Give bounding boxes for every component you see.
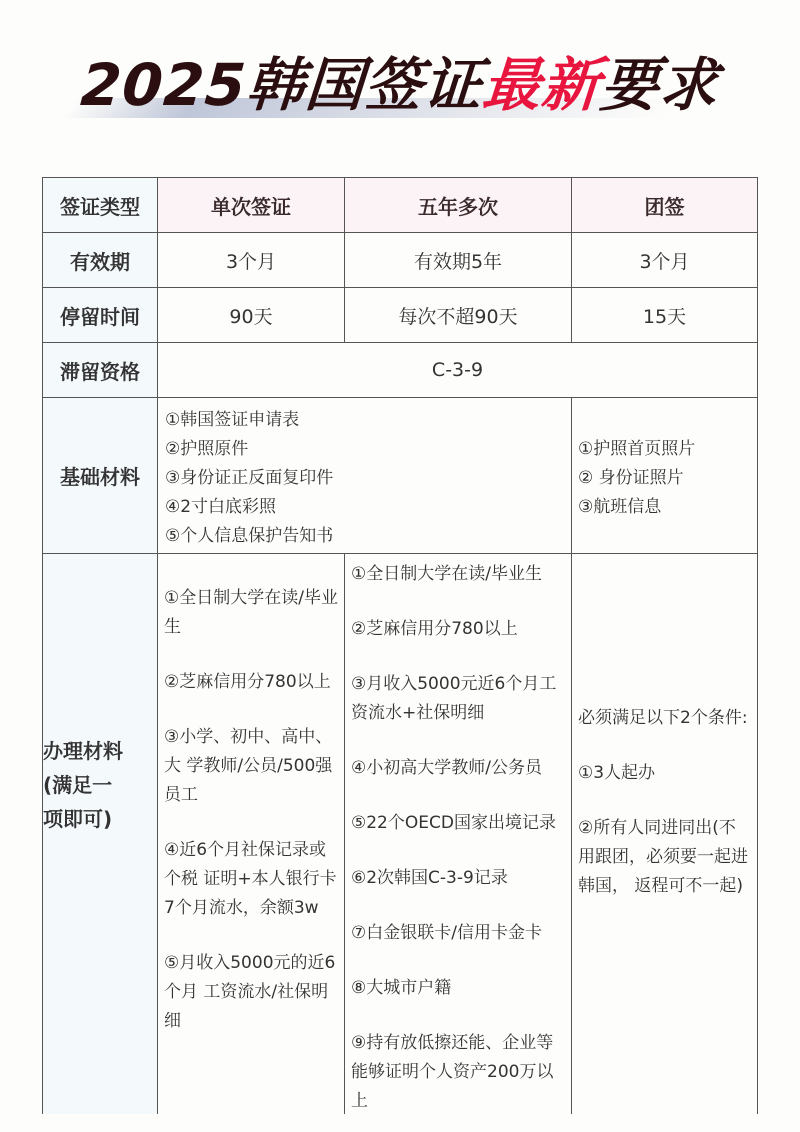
- list-item: ④2寸白底彩照: [165, 493, 276, 522]
- visa-comparison-table: 签证类型 单次签证 五年多次 团签 有效期 3个月 有效期5年 3个月 停留时间…: [42, 177, 758, 1114]
- list-item: ⑨持有放低擦还能、企业等能够证明个人资产200万以上: [351, 1029, 567, 1116]
- row-label-visa-type: 签证类型: [43, 178, 158, 232]
- list-item: ①护照首页照片: [578, 435, 695, 464]
- basic-materials-individual: ①韩国签证申请表 ②护照原件 ③身份证正反面复印件 ④2寸白底彩照 ⑤个人信息保…: [158, 398, 572, 553]
- row-label-overstay: 滞留资格: [43, 343, 158, 397]
- requirements-group: 必须满足以下2个条件: ①3人起办 ②所有人同进同出(不用跟团，必须要一起进韩国…: [572, 554, 757, 1114]
- row-label-basic-materials: 基础材料: [43, 398, 158, 553]
- title-suffix: 要求: [598, 51, 721, 119]
- title-prefix: 2025韩国签证: [79, 51, 485, 119]
- list-item: ③小学、初中、高中、大 学教师/公员/500强员工: [164, 723, 338, 810]
- requirements-label-line2: (满足一: [43, 768, 112, 802]
- list-item: ③月收入5000元近6个月工 资流水+社保明细: [351, 670, 567, 728]
- list-item: ②护照原件: [165, 435, 248, 464]
- list-item: 必须满足以下2个条件:: [578, 704, 751, 733]
- basic-materials-group: ①护照首页照片 ② 身份证照片 ③航班信息: [572, 398, 757, 553]
- row-label-requirements: 办理材料 (满足一 项即可): [43, 554, 158, 1114]
- title-accent: 最新: [480, 51, 603, 119]
- list-item: ② 身份证照片: [578, 464, 684, 493]
- row-label-stay: 停留时间: [43, 288, 158, 342]
- list-item: ①全日制大学在读/毕业生: [164, 584, 338, 642]
- column-header-single: 单次签证: [158, 178, 345, 232]
- list-item: ⑧大城市户籍: [351, 974, 567, 1003]
- page-title: 2025韩国签证最新要求: [0, 40, 800, 130]
- requirements-label-line3: 项即可): [43, 802, 112, 836]
- list-item: ②芝麻信用分780以上: [164, 668, 338, 697]
- list-item: ⑤个人信息保护告知书: [165, 522, 333, 551]
- requirements-label-line1: 办理材料: [43, 734, 123, 768]
- list-item: ②芝麻信用分780以上: [351, 615, 567, 644]
- requirements-single: ①全日制大学在读/毕业生 ②芝麻信用分780以上 ③小学、初中、高中、大 学教师…: [158, 554, 345, 1114]
- table-row-overstay: 滞留资格 C-3-9: [43, 343, 757, 398]
- table-row-validity: 有效期 3个月 有效期5年 3个月: [43, 233, 757, 288]
- table-row-requirements: 办理材料 (满足一 项即可) ①全日制大学在读/毕业生 ②芝麻信用分780以上 …: [43, 554, 757, 1114]
- overstay-value: C-3-9: [158, 343, 757, 397]
- list-item: ②所有人同进同出(不用跟团，必须要一起进韩国， 返程可不一起): [578, 814, 751, 901]
- list-item: ③身份证正反面复印件: [165, 464, 333, 493]
- list-item: ⑤月收入5000元的近6个月 工资流水/社保明细: [164, 949, 338, 1036]
- stay-single: 90天: [158, 288, 345, 342]
- list-item: ①韩国签证申请表: [165, 406, 299, 435]
- list-item: ①3人起办: [578, 759, 751, 788]
- list-item: ⑦白金银联卡/信用卡金卡: [351, 919, 567, 948]
- title-text: 2025韩国签证最新要求: [78, 40, 722, 130]
- list-item: ⑥2次韩国C-3-9记录: [351, 864, 567, 893]
- list-item: ⑤22个OECD国家出境记录: [351, 809, 567, 838]
- column-header-five-year: 五年多次: [345, 178, 572, 232]
- table-row-stay: 停留时间 90天 每次不超90天 15天: [43, 288, 757, 343]
- list-item: ③航班信息: [578, 493, 661, 522]
- stay-group: 15天: [572, 288, 757, 342]
- validity-group: 3个月: [572, 233, 757, 287]
- column-header-group: 团签: [572, 178, 757, 232]
- requirements-five-year: ①全日制大学在读/毕业生 ②芝麻信用分780以上 ③月收入5000元近6个月工 …: [345, 554, 572, 1114]
- stay-five-year: 每次不超90天: [345, 288, 572, 342]
- validity-single: 3个月: [158, 233, 345, 287]
- table-header-row: 签证类型 单次签证 五年多次 团签: [43, 178, 757, 233]
- validity-five-year: 有效期5年: [345, 233, 572, 287]
- table-row-basic-materials: 基础材料 ①韩国签证申请表 ②护照原件 ③身份证正反面复印件 ④2寸白底彩照 ⑤…: [43, 398, 757, 554]
- list-item: ④小初高大学教师/公务员: [351, 754, 567, 783]
- row-label-validity: 有效期: [43, 233, 158, 287]
- visa-requirements-page: 2025韩国签证最新要求 签证类型 单次签证 五年多次 团签 有效期 3个月 有…: [0, 0, 800, 1132]
- list-item: ①全日制大学在读/毕业生: [351, 560, 567, 589]
- list-item: ④近6个月社保记录或个税 证明+本人银行卡7个月流水，余额3w: [164, 836, 338, 923]
